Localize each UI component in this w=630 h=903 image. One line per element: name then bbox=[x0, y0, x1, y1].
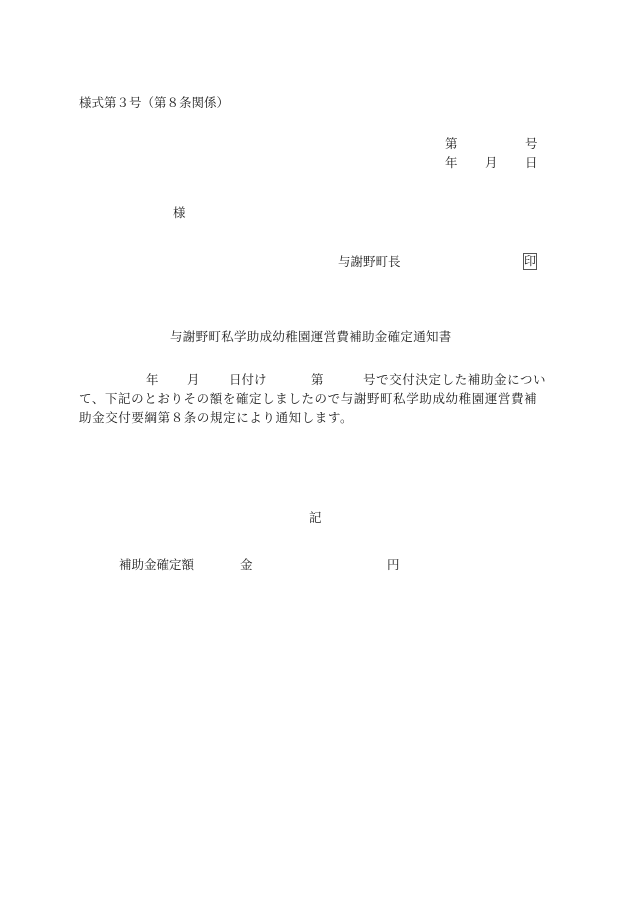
date-month: 月 bbox=[485, 157, 498, 170]
issuer-name: 与謝野町長 bbox=[338, 256, 401, 269]
addressee-honorific: 様 bbox=[173, 207, 186, 220]
amount-unit: 円 bbox=[387, 559, 400, 572]
body-line-2: て、下記のとおりその額を確定しましたので与謝野町私学助成幼稚園運営費補 bbox=[79, 393, 537, 406]
body-number-prefix: 第 bbox=[311, 374, 324, 387]
record-heading: 記 bbox=[309, 512, 322, 525]
seal-mark: 印 bbox=[523, 253, 537, 270]
number-prefix: 第 bbox=[445, 138, 458, 151]
body-year: 年 bbox=[146, 374, 159, 387]
body-month: 月 bbox=[187, 374, 200, 387]
form-label: 様式第３号（第８条関係） bbox=[79, 97, 229, 110]
document-title: 与謝野町私学助成幼稚園運営費補助金確定通知書 bbox=[170, 331, 452, 344]
body-line-3: 助金交付要綱第８条の規定により通知します。 bbox=[79, 412, 353, 425]
date-day: 日 bbox=[525, 157, 538, 170]
amount-label: 補助金確定額 bbox=[119, 559, 194, 572]
body-line1-rest: 号で交付決定した補助金につい bbox=[363, 374, 546, 387]
date-year: 年 bbox=[445, 157, 458, 170]
amount-prefix: 金 bbox=[240, 559, 253, 572]
body-day-dated: 日付け bbox=[229, 374, 267, 387]
number-suffix: 号 bbox=[525, 138, 538, 151]
